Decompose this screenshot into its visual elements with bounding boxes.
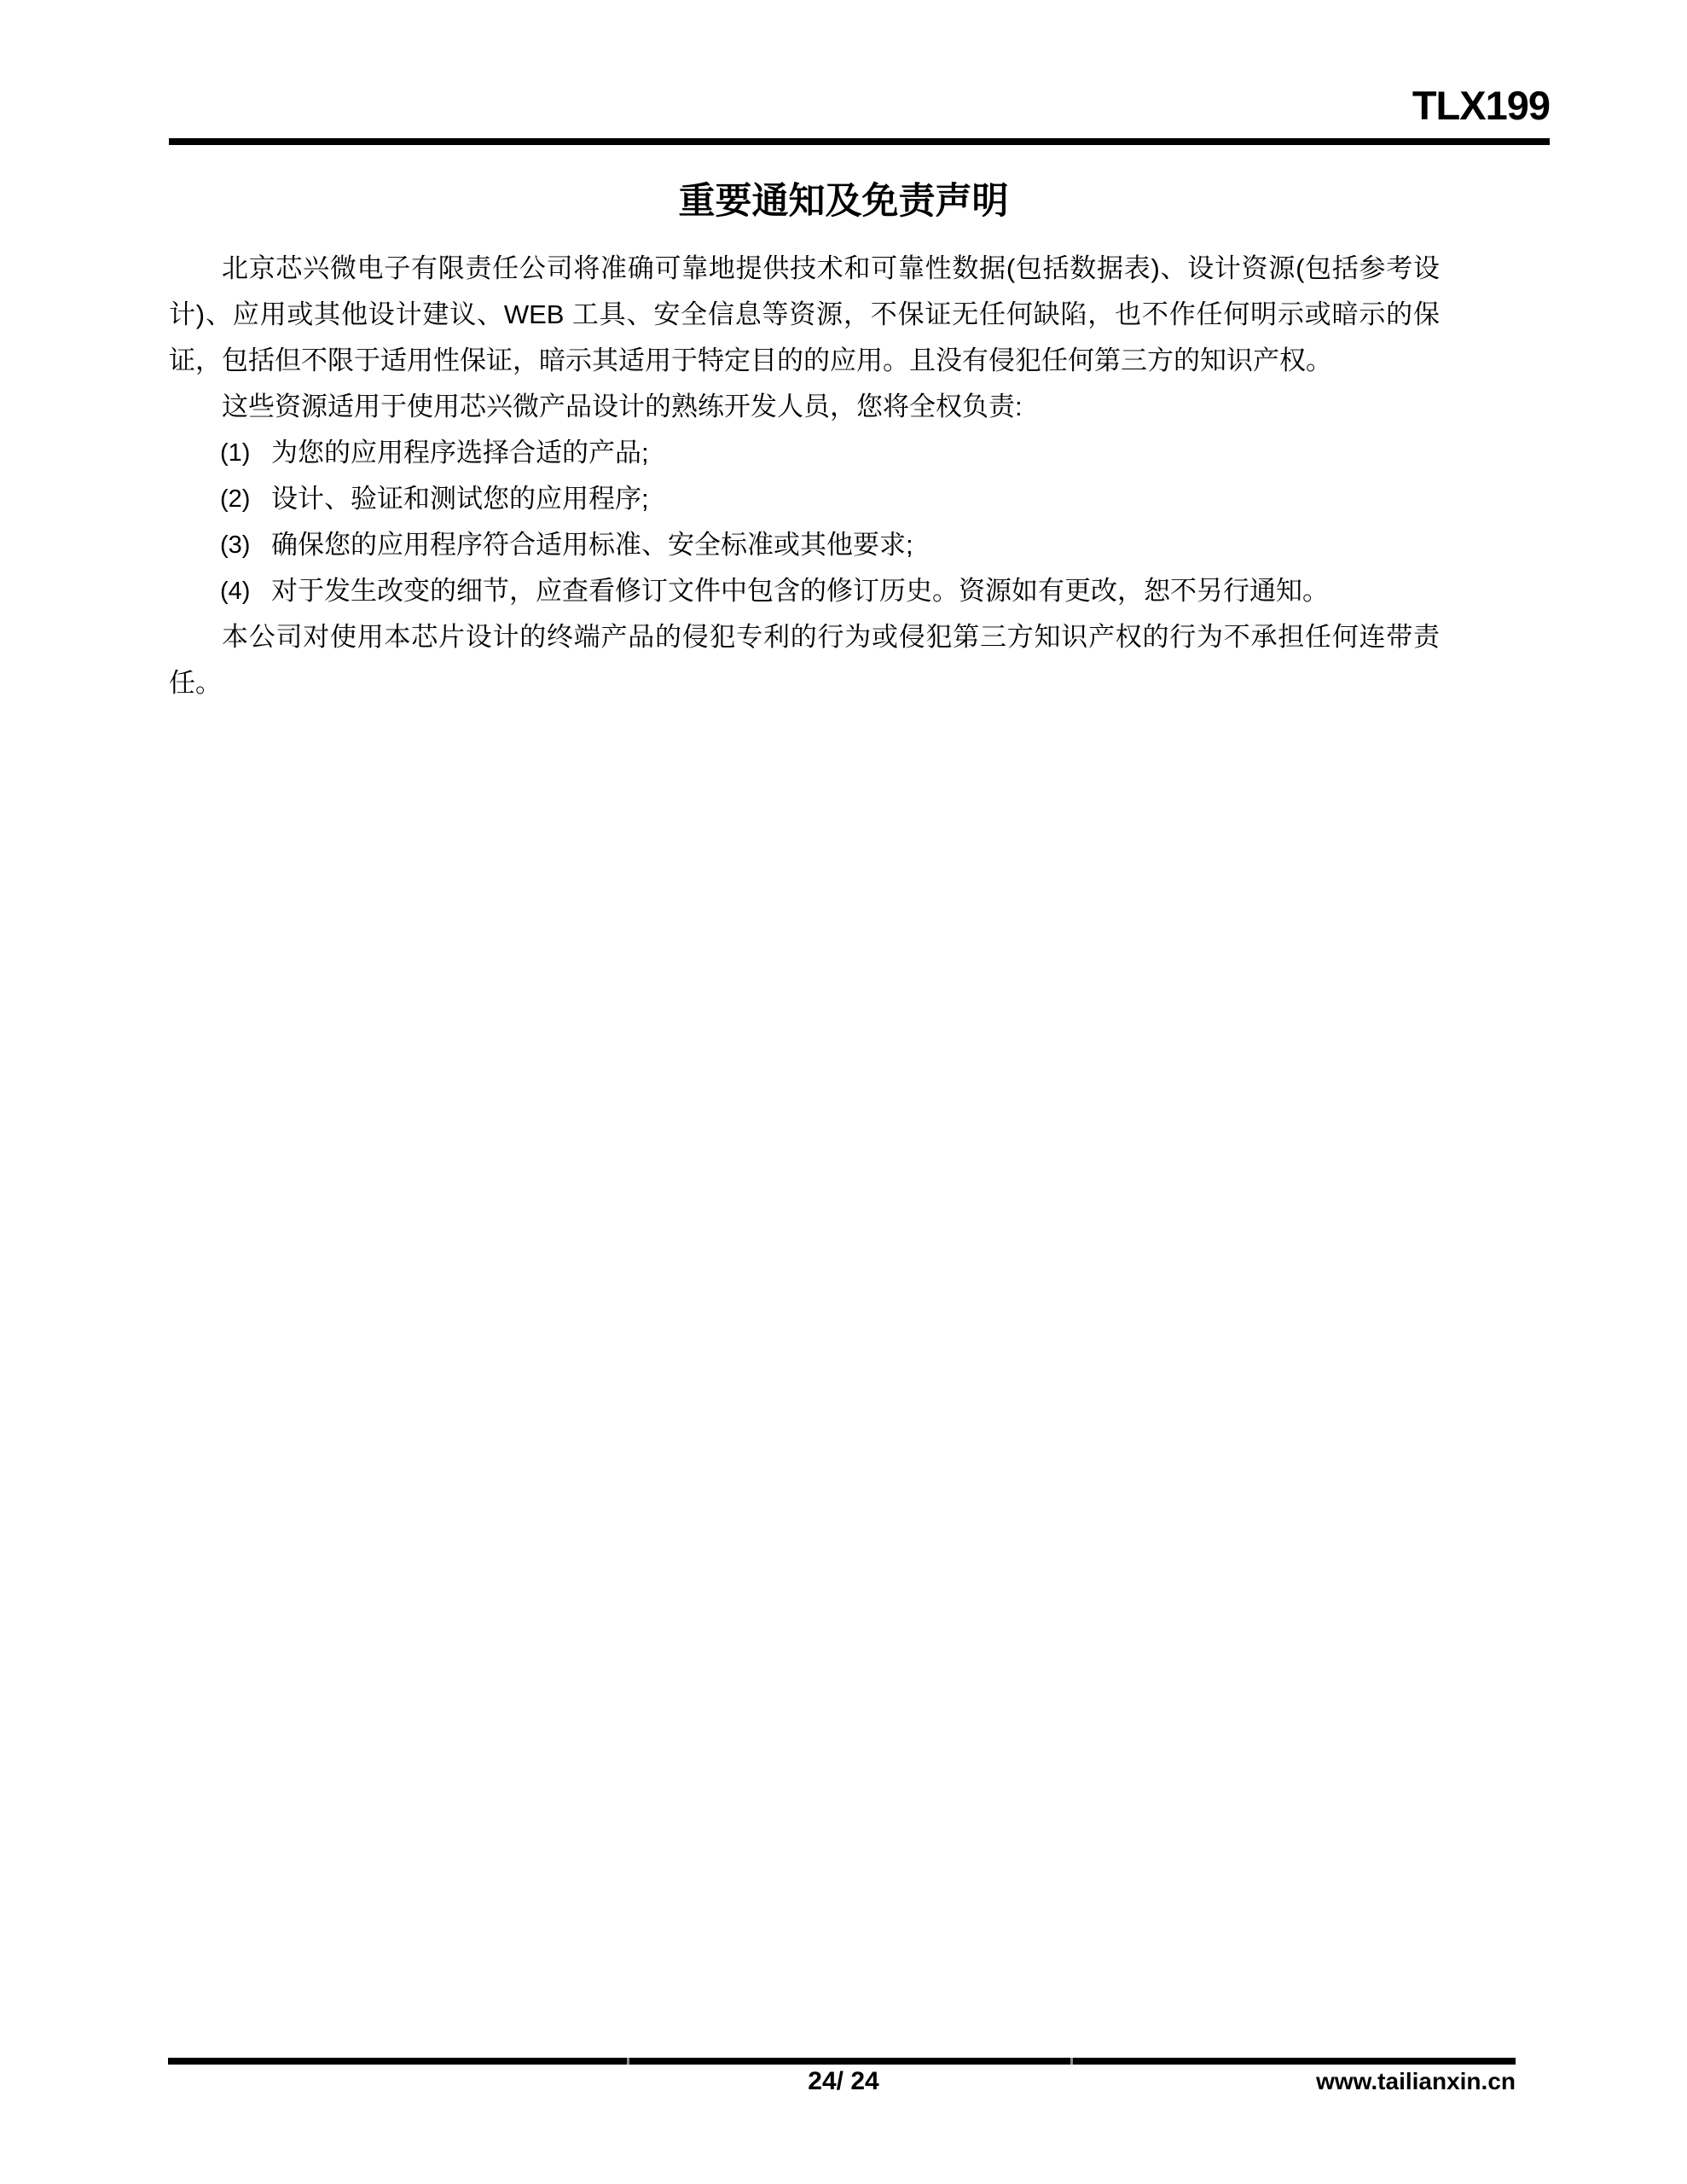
list-item-number: (1) — [220, 430, 250, 476]
list-item: (3) 确保您的应用程序符合适用标准、安全标准或其他要求; — [220, 522, 1440, 568]
paragraph-disclaimer: 北京芯兴微电子有限责任公司将准确可靠地提供技术和可靠性数据(包括数据表)、设计资… — [169, 246, 1440, 384]
responsibility-list: (1) 为您的应用程序选择合适的产品; (2) 设计、验证和测试您的应用程序; … — [169, 430, 1440, 614]
footer-divider-notch — [1070, 2058, 1073, 2065]
body-text: 北京芯兴微电子有限责任公司将准确可靠地提供技术和可靠性数据(包括数据表)、设计资… — [169, 246, 1440, 706]
list-item-number: (3) — [220, 522, 250, 568]
list-item-number: (4) — [220, 568, 250, 614]
paragraph-liability: 本公司对使用本芯片设计的终端产品的侵犯专利的行为或侵犯第三方知识产权的行为不承担… — [169, 614, 1440, 706]
list-item-text: 设计、验证和测试您的应用程序; — [271, 484, 649, 514]
list-item-text: 对于发生改变的细节，应查看修订文件中包含的修订历史。资源如有更改，恕不另行通知。 — [271, 576, 1329, 606]
document-id: TLX199 — [1412, 85, 1550, 125]
footer-divider — [168, 2058, 1516, 2065]
list-item: (1) 为您的应用程序选择合适的产品; — [220, 430, 1440, 476]
list-item-text: 为您的应用程序选择合适的产品; — [271, 438, 649, 468]
document-page: TLX199 重要通知及免责声明 北京芯兴微电子有限责任公司将准确可靠地提供技术… — [0, 0, 1687, 2184]
paragraph-audience: 这些资源适用于使用芯兴微产品设计的熟练开发人员，您将全权负责: — [169, 384, 1440, 430]
header-divider — [169, 138, 1550, 145]
footer-divider-notch — [627, 2058, 629, 2065]
page-title: 重要通知及免责声明 — [0, 181, 1687, 223]
website-link[interactable]: www.tailianxin.cn — [1316, 2069, 1516, 2095]
list-item: (4) 对于发生改变的细节，应查看修订文件中包含的修订历史。资源如有更改，恕不另… — [220, 568, 1440, 614]
list-item-text: 确保您的应用程序符合适用标准、安全标准或其他要求; — [271, 530, 913, 560]
list-item: (2) 设计、验证和测试您的应用程序; — [220, 476, 1440, 522]
list-item-number: (2) — [220, 476, 250, 522]
